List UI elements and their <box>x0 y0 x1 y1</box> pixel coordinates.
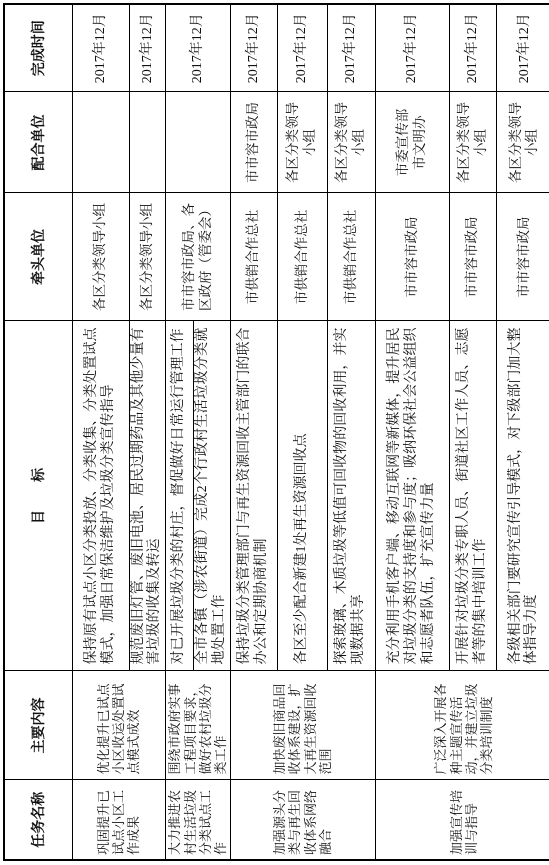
cell-goal: 对已开展垃圾分类的村庄，督促做好日常运行管理工作 <box>166 321 194 671</box>
header-support: 配合单位 <box>4 92 72 193</box>
cell-lead: 市供销合作总社 <box>327 193 375 321</box>
cell-goal: 充分利用手机客户端、移动互联网等新媒体，提升居民对垃圾分类的支持度和参与度；吸纳… <box>375 321 449 671</box>
cell-lead: 市市容市政局 <box>375 193 449 321</box>
cell-goal: 保持垃圾分类管理部门与再生资源回收主管部门的联合办公和定期协商机制 <box>230 321 277 671</box>
cell-content: 加快废旧商品回收体系建设，扩大再生资源回收范围 <box>230 671 375 780</box>
header-goal: 目 标 <box>4 321 72 671</box>
cell-lead: 市市容市政局、各区政府（管委会） <box>166 193 231 321</box>
cell-deadline: 2017年12月 <box>166 4 231 92</box>
cell-support: 市委宣传部 市文明办 <box>375 92 449 193</box>
cell-support: 各区分类领导小组 <box>277 92 327 193</box>
cell-goal: 全市各镇（涉农街道）完成2个行政村生活垃圾分类就地处置工作 <box>194 321 231 671</box>
header-content: 主要内容 <box>4 671 72 780</box>
cell-deadline: 2017年12月 <box>277 4 327 92</box>
table-row: 大力推进农村生活垃圾分类试点工作围绕市政府实事工程项目要求，做好农村垃圾分类工作… <box>166 4 194 860</box>
cell-support: 各区分类领导小组 <box>496 92 549 193</box>
cell-task: 大力推进农村生活垃圾分类试点工作 <box>166 780 231 860</box>
table-row: 加强源头分类与再生回收体系网络融合加快废旧商品回收体系建设，扩大再生资源回收范围… <box>230 4 277 860</box>
cell-deadline: 2017年12月 <box>496 4 549 92</box>
header-lead: 牵头单位 <box>4 193 72 321</box>
header-deadline: 完成时间 <box>4 4 72 92</box>
cell-content: 优化提升已试点小区收运处置试点模式成效 <box>72 671 166 780</box>
cell-deadline: 2017年12月 <box>129 4 166 92</box>
cell-task: 巩固提升已试点小区工作成果 <box>72 780 166 860</box>
cell-support <box>129 92 166 193</box>
table-row: 加强宣传培训与指导广泛深入开展各种主题宣传活动，并建立垃圾分类培训制度充分利用手… <box>375 4 449 860</box>
cell-support <box>166 92 231 193</box>
cell-goal: 各区至少配合新建1处再生资源回收点 <box>277 321 327 671</box>
table-row: 巩固提升已试点小区工作成果优化提升已试点小区收运处置试点模式成效保持原有试点小区… <box>72 4 129 860</box>
cell-goal: 探索玻璃、木质垃圾等低值可回收物的回收利用，并实现数据共享 <box>327 321 375 671</box>
cell-support: 各区分类领导小组 <box>449 92 496 193</box>
tasks-table: 任务名称主要内容目 标牵头单位配合单位完成时间巩固提升已试点小区工作成果优化提升… <box>3 3 549 861</box>
cell-goal: 规范废旧灯管、废旧电池、居民过期药品及其他少量有害垃圾的收集及转运 <box>129 321 166 671</box>
cell-lead: 市供销合作总社 <box>277 193 327 321</box>
cell-deadline: 2017年12月 <box>230 4 277 92</box>
cell-lead: 市市容市政局 <box>449 193 496 321</box>
header-task: 任务名称 <box>4 780 72 860</box>
cell-deadline: 2017年12月 <box>375 4 449 92</box>
cell-support: 各区分类领导小组 <box>327 92 375 193</box>
cell-deadline: 2017年12月 <box>449 4 496 92</box>
rotated-page: 任务名称主要内容目 标牵头单位配合单位完成时间巩固提升已试点小区工作成果优化提升… <box>3 5 547 861</box>
cell-lead: 各区分类领导小组 <box>129 193 166 321</box>
cell-support: 市市容市政局 <box>230 92 277 193</box>
cell-task: 加强源头分类与再生回收体系网络融合 <box>230 780 375 860</box>
cell-deadline: 2017年12月 <box>327 4 375 92</box>
cell-goal: 保持原有试点小区分类投放、分类收集、分类处置试点模式，加强日常保洁维护及垃圾分类… <box>72 321 129 671</box>
cell-lead: 市供销合作总社 <box>230 193 277 321</box>
header-row: 任务名称主要内容目 标牵头单位配合单位完成时间 <box>4 4 72 860</box>
cell-lead: 各区分类领导小组 <box>72 193 129 321</box>
cell-task: 加强宣传培训与指导 <box>375 780 549 860</box>
cell-goal: 开展针对垃圾分类专职人员、街道社区工作人员、志愿者等的集中培训工作 <box>449 321 496 671</box>
cell-deadline: 2017年12月 <box>72 4 129 92</box>
cell-support <box>72 92 129 193</box>
cell-content: 围绕市政府实事工程项目要求，做好农村垃圾分类工作 <box>166 671 231 780</box>
cell-goal: 各级相关部门要研究宣传引导模式，对下级部门加大整体指导力度 <box>496 321 549 671</box>
cell-content: 广泛深入开展各种主题宣传活动，并建立垃圾分类培训制度 <box>375 671 549 780</box>
cell-lead: 市市容市政局 <box>496 193 549 321</box>
